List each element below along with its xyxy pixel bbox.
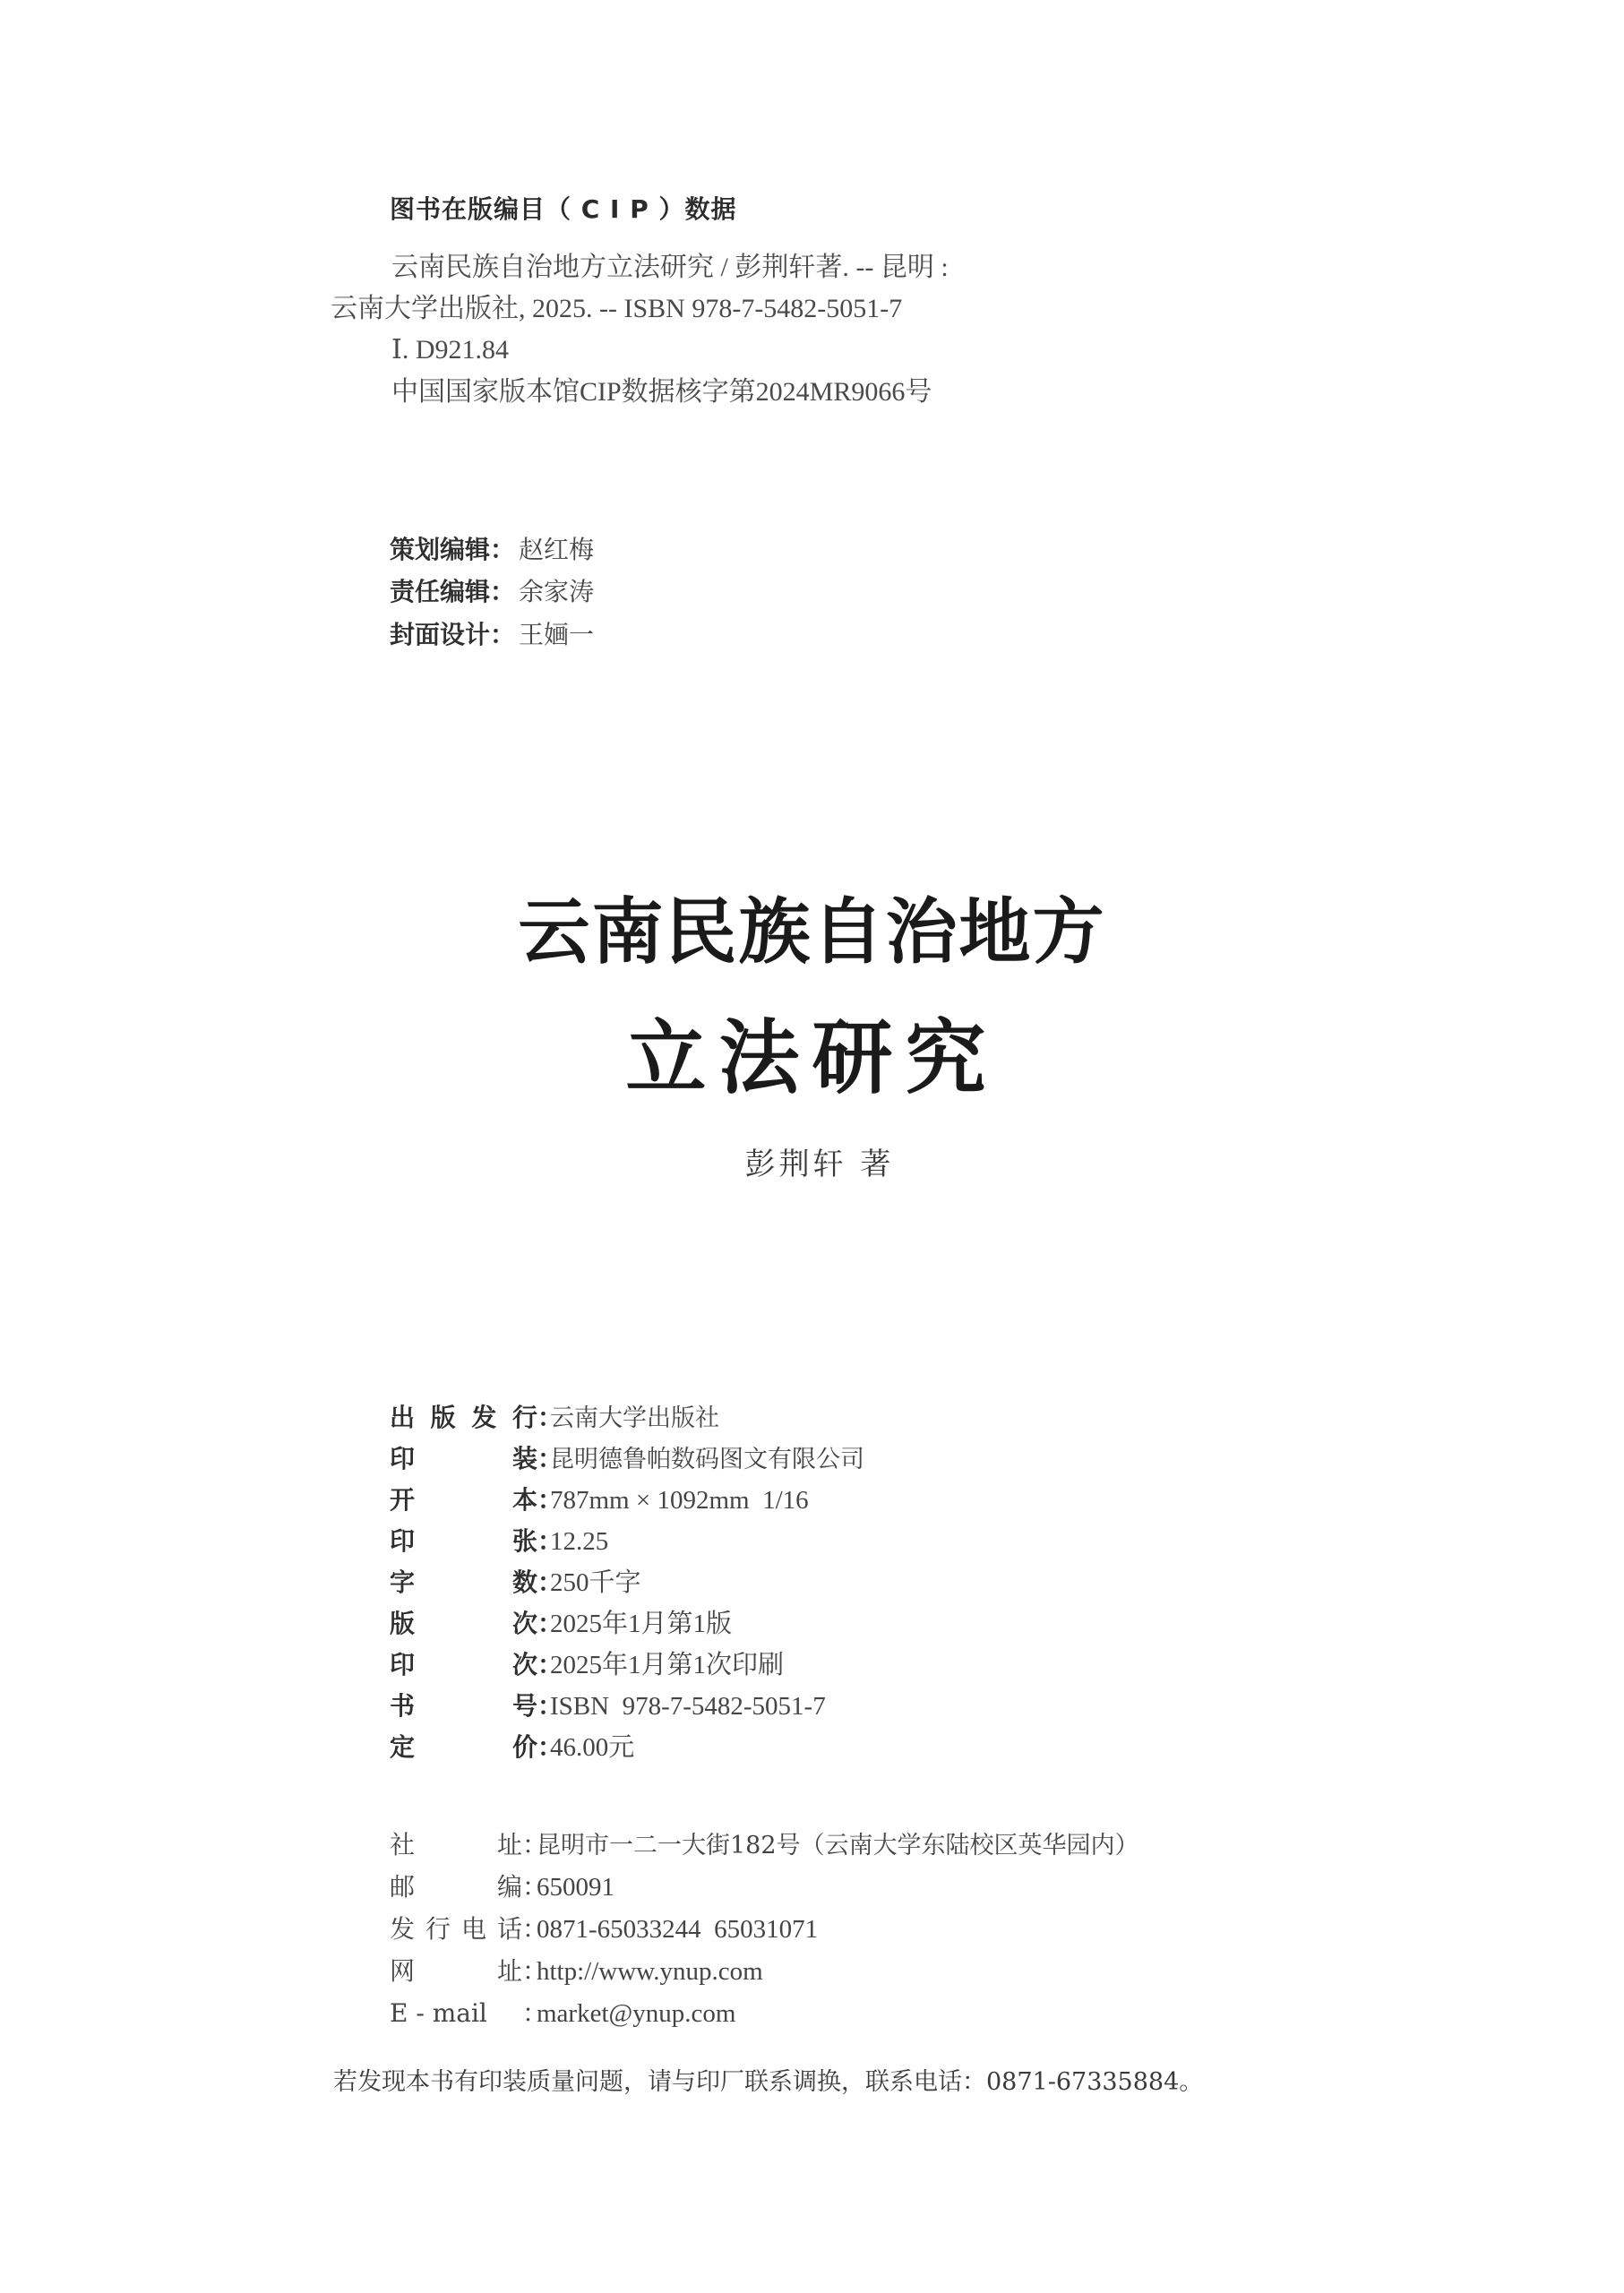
pub-value: 787mm × 1092mm 1/16 [550,1480,809,1521]
pub-row-edition: 版次：2025年1月第1版 [390,1603,732,1645]
credit-label: 封面设计 [390,620,490,649]
contact-label: 发行电话 [390,1908,522,1950]
pub-row-price: 定价：46.00元 [390,1727,634,1768]
colon: ： [537,1480,545,1521]
colon: ： [522,1992,529,2034]
pub-label: 印次 [390,1645,537,1686]
colon: ： [490,577,515,606]
credit-planning-editor: 策划编辑：赵红梅 [390,532,594,569]
book-title-line-2: 立法研究 [0,992,1624,1109]
colon: ： [537,1397,545,1438]
pub-row-format: 开本：787mm × 1092mm 1/16 [390,1480,809,1521]
pub-value: 云南大学出版社 [550,1398,719,1439]
credit-label: 责任编辑 [390,577,490,606]
cip-line-publisher: 云南大学出版社, 2025. -- ISBN 978-7-5482-5051-7 [331,291,902,327]
quality-notice: 若发现本书有印装质量问题，请与印厂联系调换，联系电话：0871-67335884… [333,2065,1203,2100]
website-link[interactable]: http://www.ynup.com [537,1951,763,1993]
colon: ： [522,1908,529,1950]
credit-responsible-editor: 责任编辑：余家涛 [390,574,594,611]
colon: ： [522,1824,529,1866]
colon: ： [490,535,515,564]
contact-label: E - mail [390,1992,522,2034]
pub-value: 46.00元 [550,1727,634,1768]
cip-line-title: 云南民族自治地方立法研究 / 彭荆轩著. -- 昆明 : [391,250,949,286]
contact-row-address: 社址：昆明市一二一大街182号（云南大学东陆校区英华园内） [390,1824,1139,1866]
pub-row-word-count: 字数：250千字 [390,1562,641,1603]
contact-value: 0871-65033244 65031071 [537,1909,818,1951]
credit-cover-design: 封面设计：王婳一 [390,617,594,654]
contact-value: 650091 [537,1867,614,1909]
credit-label: 策划编辑 [390,535,490,564]
colon: ： [537,1603,545,1645]
pub-row-sheets: 印张：12.25 [390,1521,608,1562]
contact-row-phone: 发行电话：0871-65033244 65031071 [390,1908,818,1950]
pub-value: ISBN 978-7-5482-5051-7 [550,1686,826,1727]
cip-line-classification: Ⅰ. D921.84 [391,332,509,368]
pub-row-printing: 印装：昆明德鲁帕数码图文有限公司 [390,1438,864,1480]
cip-heading: 图书在版编目（ C I P ）数据 [390,190,736,226]
colon: ： [537,1645,545,1686]
colon: ： [537,1727,545,1768]
pub-label: 版次 [390,1603,537,1645]
pub-value: 昆明德鲁帕数码图文有限公司 [550,1439,864,1481]
pub-row-impression: 印次：2025年1月第1次印刷 [390,1645,784,1686]
colon: ： [537,1521,545,1562]
contact-label: 社址 [390,1824,522,1866]
pub-value: 2025年1月第1次印刷 [550,1645,784,1686]
book-title-line-1: 云南民族自治地方 [0,874,1624,977]
contact-row-postcode: 邮编：650091 [390,1866,614,1908]
pub-value: 12.25 [550,1521,608,1562]
email-link[interactable]: market@ynup.com [537,1993,735,2035]
colon: ： [522,1950,529,1992]
cip-line-record-number: 中国国家版本馆CIP数据核字第2024MR9066号 [391,374,932,410]
colon: ： [522,1866,529,1908]
book-author: 彭荆轩 著 [0,1139,1624,1183]
contact-row-website: 网址：http://www.ynup.com [390,1950,763,1992]
pub-label: 印张 [390,1521,537,1562]
pub-value: 2025年1月第1版 [550,1603,732,1645]
colon: ： [537,1438,545,1480]
pub-label: 字数 [390,1562,537,1603]
pub-row-isbn: 书号：ISBN 978-7-5482-5051-7 [390,1686,826,1727]
contact-label: 邮编 [390,1866,522,1908]
pub-label: 书号 [390,1686,537,1727]
pub-value: 250千字 [550,1562,641,1603]
credit-value: 余家涛 [519,577,594,606]
credit-value: 赵红梅 [519,535,594,564]
contact-value: 昆明市一二一大街182号（云南大学东陆校区英华园内） [537,1825,1139,1867]
pub-row-publisher: 出版发行：云南大学出版社 [390,1397,719,1438]
pub-label: 出版发行 [390,1397,537,1438]
colon: ： [537,1562,545,1603]
pub-label: 印装 [390,1438,537,1480]
pub-label: 开本 [390,1480,537,1521]
colon: ： [537,1686,545,1727]
contact-row-email: E - mail：market@ynup.com [390,1992,735,2034]
pub-label: 定价 [390,1727,537,1768]
contact-label: 网址 [390,1950,522,1992]
colon: ： [490,620,515,649]
credit-value: 王婳一 [519,620,594,649]
